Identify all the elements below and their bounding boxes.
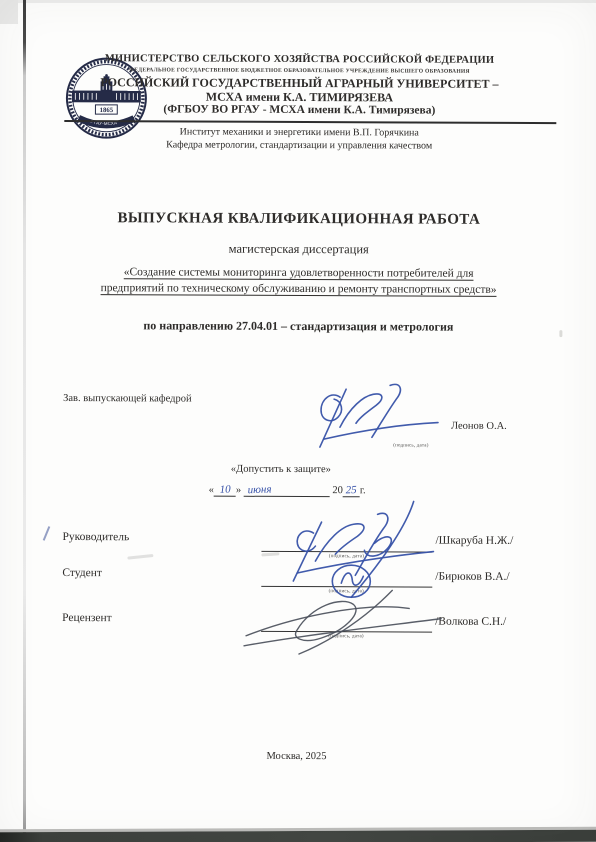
date-close-quote: » [236,485,241,496]
head-name: Леонов О.А. [451,421,507,432]
scan-smudge [127,554,153,560]
supervisor-role-label: Руководитель [62,531,129,543]
ministry-line: МИНИСТЕРСТВО СЕЛЬСКОГО ХОЗЯЙСТВА РОССИЙС… [50,53,550,66]
year-prefix: 20 [332,485,343,496]
scan-top-edge [0,0,596,3]
student-name: /Бирюков В.А./ [435,571,509,583]
pen-mark [43,526,51,541]
supervisor-name: /Шкаруба Н.Ж./ [435,535,513,547]
degree-subtitle: магистерская диссертация [49,241,549,258]
city-year-footer: Москва, 2025 [47,750,547,763]
page-content: 1865 РГАУ-МСХА МИНИСТЕРСТВО СЕЛЬСКОГО ХО… [0,0,596,842]
institute-line: Институт механики и энергетики имени В.П… [49,126,549,139]
handwritten-year: 25 [346,484,357,496]
reviewer-signature [241,587,447,660]
reviewer-role-label: Рецензент [62,612,112,624]
defense-date-line: «10» июня 2025г. [209,484,366,498]
program-line: по направлению 27.04.01 – стандартизация… [48,318,548,335]
department-line: Кафедра метрологии, стандартизации и упр… [49,139,549,152]
scan-left-edge [23,0,26,842]
work-type-title: ВЫПУСКНАЯ КВАЛИФИКАЦИОННАЯ РАБОТА [49,210,549,229]
thesis-title-line2: предприятий по техническому обслуживанию… [44,282,554,296]
handwritten-month: июня [248,483,272,496]
head-of-department-label: Зав. выпускающей кафедрой [63,393,192,405]
admit-to-defense-line: «Допустить к защите» [231,464,331,475]
university-abbreviation: (ФГБОУ ВО РГАУ - МСХА имени К.А. Тимиряз… [49,103,549,117]
year-unit: г. [360,485,366,496]
handwritten-day: 10 [219,484,230,496]
scan-smudge [261,552,279,556]
signature-caption: (подпись, дата) [376,443,446,448]
thesis-title-line1: «Создание системы мониторинга удовлетвор… [44,266,554,280]
student-role-label: Студент [62,567,102,579]
scan-bottom-edge [0,830,596,842]
scan-corner-shadow [0,0,18,24]
scanned-thesis-title-page: 1865 РГАУ-МСХА МИНИСТЕРСТВО СЕЛЬСКОГО ХО… [0,0,596,842]
scan-smudge [559,330,562,337]
